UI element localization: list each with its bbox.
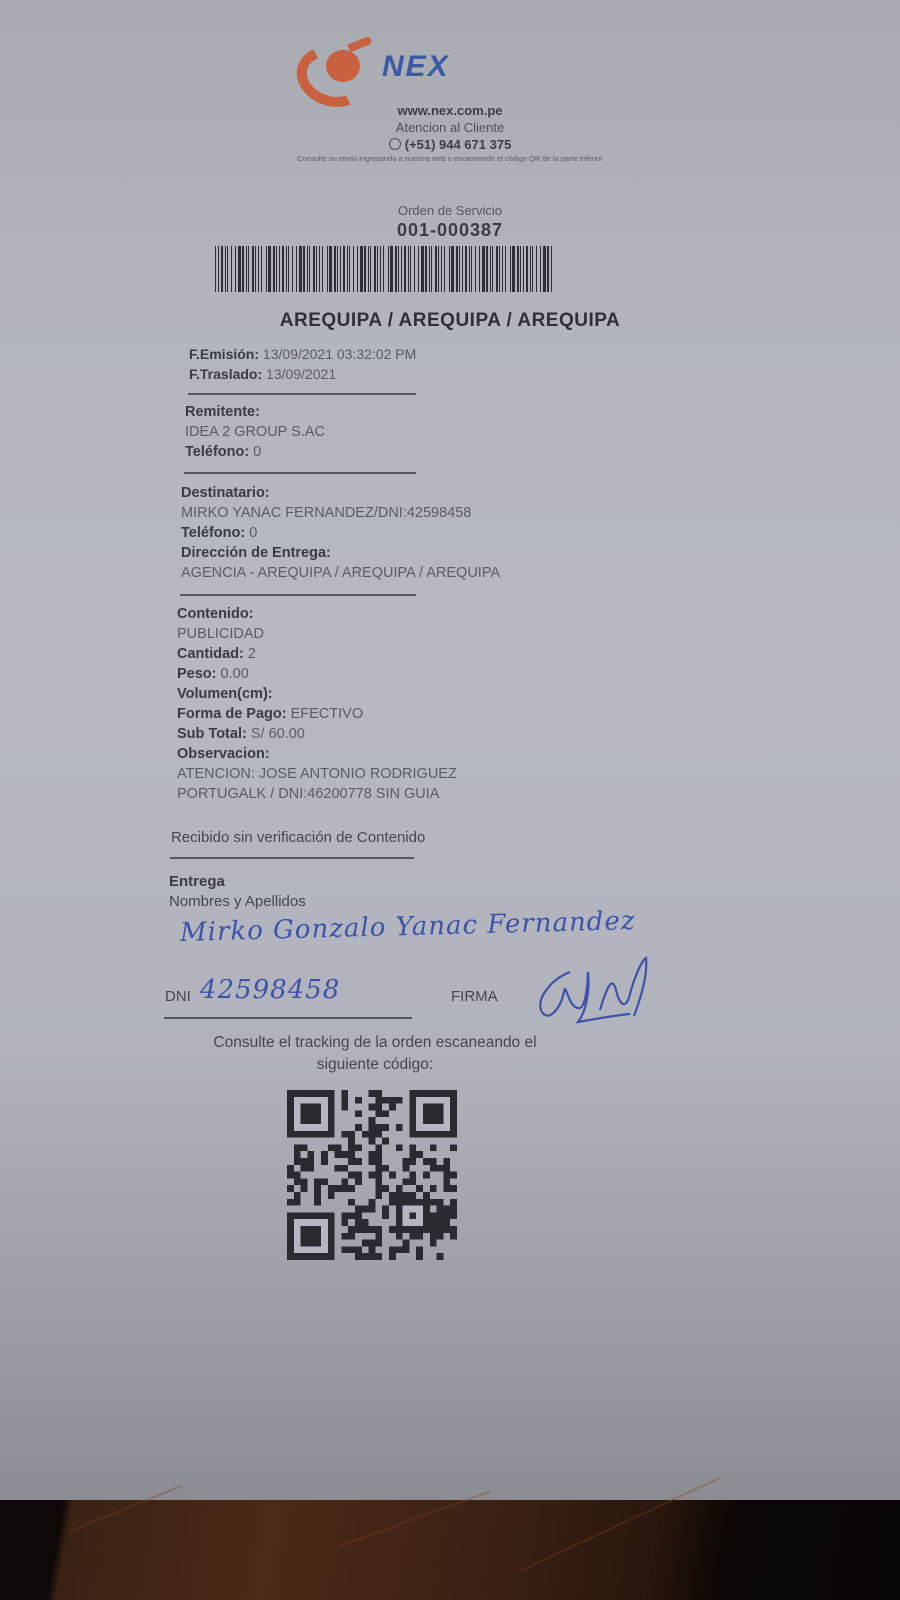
sender-section: Remitente: IDEA 2 GROUP S.AC Teléfono: 0: [185, 402, 325, 462]
emission-label: F.Emisión:: [189, 346, 259, 362]
header-note: Consulte su envío ingresando a nuestra w…: [0, 154, 900, 164]
content-label: Contenido:: [177, 606, 254, 622]
tracking-line-2: siguiente código:: [0, 1056, 750, 1074]
observation-line-1: ATENCION: JOSE ANTONIO RODRIGUEZ: [177, 764, 457, 784]
order-barcode: [215, 246, 555, 292]
payment-value: EFECTIVO: [291, 706, 364, 722]
divider: [170, 857, 414, 859]
whatsapp-icon: [389, 138, 401, 150]
order-label: Orden de Servicio: [0, 203, 900, 218]
receipt-paper: NEX www.nex.com.pe Atencion al Cliente (…: [0, 0, 900, 1500]
signature-label: FIRMA: [451, 987, 498, 1007]
volume-label: Volumen(cm):: [177, 686, 273, 702]
recipient-name: MIRKO YANAC FERNANDEZ/DNI:42598458: [181, 503, 500, 523]
subtotal-label: Sub Total:: [177, 726, 247, 742]
recipient-label: Destinatario:: [181, 485, 270, 501]
route: AREQUIPA / AREQUIPA / AREQUIPA: [0, 310, 900, 332]
phone-number: (+51) 944 671 375: [405, 137, 512, 152]
dni-label: DNI: [165, 987, 191, 1007]
handwritten-name: Mirko Gonzalo Yanac Fernandez: [180, 906, 636, 948]
brand-name: NEX: [382, 50, 450, 84]
qty-label: Cantidad:: [177, 646, 244, 662]
recipient-phone-value: 0: [249, 525, 257, 541]
dates-section: F.Emisión: 13/09/2021 03:32:02 PM F.Tras…: [189, 344, 416, 384]
address-label: Dirección de Entrega:: [181, 545, 331, 561]
signature-scribble: [530, 950, 660, 1030]
recipient-section: Destinatario: MIRKO YANAC FERNANDEZ/DNI:…: [181, 483, 500, 583]
emission-value: 13/09/2021 03:32:02 PM: [263, 346, 416, 362]
divider: [184, 472, 416, 474]
sender-name: IDEA 2 GROUP S.AC: [185, 422, 325, 442]
delivery-section: Entrega Nombres y Apellidos: [169, 872, 306, 912]
support-phone: (+51) 944 671 375: [0, 137, 900, 152]
address-value: AGENCIA - AREQUIPA / AREQUIPA / AREQUIPA: [181, 563, 500, 583]
divider: [180, 594, 416, 596]
nex-logo: NEX: [290, 36, 490, 96]
delivery-title: Entrega: [169, 873, 225, 890]
logo-tip-icon: [347, 36, 372, 52]
tracking-line-1: Consulte el tracking de la orden escanea…: [0, 1034, 750, 1052]
divider: [188, 393, 416, 395]
website: www.nex.com.pe: [0, 103, 900, 118]
weight-label: Peso:: [177, 666, 217, 682]
observation-line-2: PORTUGALK / DNI:46200778 SIN GUIA: [177, 784, 457, 804]
support-label: Atencion al Cliente: [0, 120, 900, 135]
qty-value: 2: [248, 646, 256, 662]
names-label: Nombres y Apellidos: [169, 892, 306, 912]
tracking-qr-code[interactable]: [287, 1088, 457, 1262]
header-note-text: Consulte su envío ingresando a nuestra w…: [275, 154, 625, 164]
transfer-label: F.Traslado:: [189, 366, 262, 382]
transfer-value: 13/09/2021: [266, 366, 336, 382]
subtotal-value: S/ 60.00: [251, 726, 305, 742]
weight-value: 0.00: [221, 666, 249, 682]
unverified-text: Recibido sin verificación de Contenido: [171, 829, 425, 846]
order-number: 001-000387: [0, 220, 900, 241]
logo-ball-icon: [326, 50, 360, 82]
content-value: PUBLICIDAD: [177, 624, 457, 644]
sender-phone-value: 0: [253, 444, 261, 460]
unverified-note: Recibido sin verificación de Contenido: [171, 828, 425, 848]
sender-label: Remitente:: [185, 404, 260, 420]
dni-underline: [164, 1017, 412, 1019]
content-section: Contenido: PUBLICIDAD Cantidad: 2 Peso: …: [177, 604, 457, 804]
handwritten-dni: 42598458: [200, 975, 340, 1005]
payment-label: Forma de Pago:: [177, 706, 287, 722]
recipient-phone-label: Teléfono:: [181, 525, 245, 541]
sender-phone-label: Teléfono:: [185, 444, 249, 460]
observation-label: Observacion:: [177, 746, 270, 762]
wooden-table: [0, 1500, 900, 1600]
